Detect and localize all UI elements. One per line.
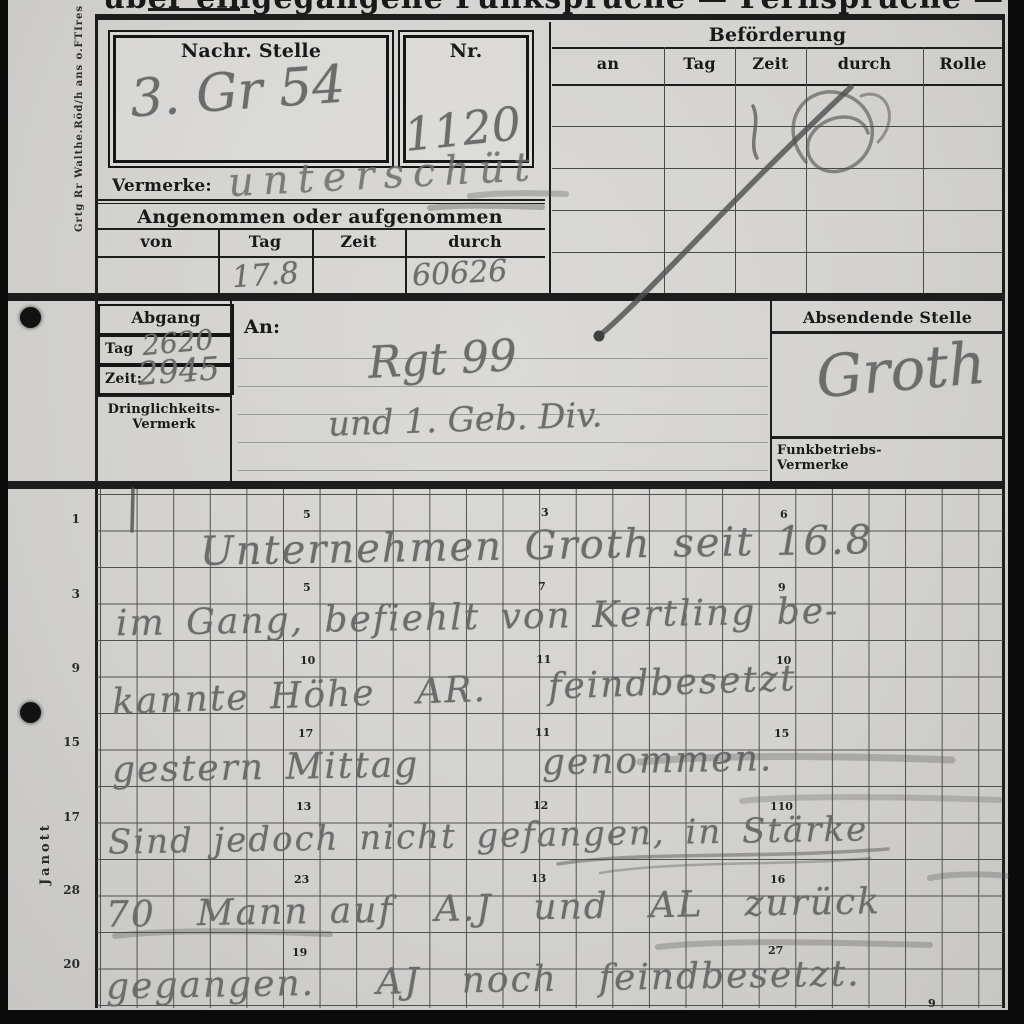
grid-cell-number: 11 bbox=[536, 653, 551, 666]
rule bbox=[405, 228, 407, 293]
printer-imprint: Grtg Rr Walthe.Röd/h ans o.FTIres bbox=[74, 5, 85, 232]
margin-line-number: 1 bbox=[58, 512, 80, 526]
vermerke-label: Vermerke: bbox=[112, 176, 212, 196]
scanned-form-page: Grtg Rr Walthe.Röd/h ans o.FTIres Janott… bbox=[0, 0, 1024, 1024]
accepted-header: Angenommen oder aufgenommen bbox=[95, 206, 545, 228]
abgang-header: Abgang bbox=[100, 308, 232, 327]
col-tag: Tag bbox=[664, 54, 735, 73]
grid-cell-number: 11 bbox=[535, 726, 550, 739]
rule bbox=[552, 84, 1003, 86]
margin-line-number: 17 bbox=[58, 810, 80, 824]
urgency-line2: Vermerk bbox=[98, 417, 230, 432]
accepted-tag-value: 17.8 bbox=[231, 256, 300, 296]
nr-box-label: Nr. bbox=[400, 40, 532, 62]
sender-note-line1: Funkbetriebs- bbox=[777, 443, 882, 458]
sender-note-line2: Vermerke bbox=[777, 458, 882, 473]
urgency-label: Dringlichkeits- Vermerk bbox=[98, 402, 230, 432]
frame-left bbox=[0, 0, 8, 1024]
rule bbox=[552, 168, 1003, 169]
grid-cell-number: 5 bbox=[303, 508, 311, 521]
station-box-label: Nachr. Stelle bbox=[110, 40, 392, 62]
grid-cell-number: 23 bbox=[294, 873, 309, 886]
col-durch: durch bbox=[806, 54, 923, 73]
an-value-line1: Rgt 99 bbox=[367, 330, 518, 389]
rule bbox=[95, 199, 545, 201]
punch-hole-top bbox=[20, 307, 41, 328]
grid-cell-number: 13 bbox=[531, 872, 546, 885]
grid-cell-number: 9 bbox=[928, 997, 936, 1010]
accepted-durch-value: 60626 bbox=[411, 254, 508, 294]
grid-cell-number: 13 bbox=[296, 800, 311, 813]
grid-cell-number: 7 bbox=[538, 580, 546, 593]
rule bbox=[806, 47, 807, 293]
margin-line-number: 3 bbox=[58, 587, 80, 601]
frame-bottom bbox=[0, 1010, 1024, 1024]
header-underline bbox=[148, 8, 240, 11]
urgency-line1: Dringlichkeits- bbox=[98, 402, 230, 417]
col-durch: durch bbox=[405, 232, 545, 251]
col-zeit: Zeit bbox=[312, 232, 405, 251]
rule bbox=[218, 228, 220, 293]
rule bbox=[735, 47, 736, 293]
frame-right bbox=[1008, 0, 1024, 1024]
rule bbox=[770, 301, 772, 481]
margin-line-number: 28 bbox=[58, 883, 80, 897]
grid-cell-number: 5 bbox=[303, 581, 311, 594]
rule bbox=[549, 22, 551, 293]
grid-cell-number: 3 bbox=[541, 506, 549, 519]
sender-header: Absendende Stelle bbox=[772, 308, 1003, 327]
befoerderung-header: Beförderung bbox=[552, 24, 1003, 46]
rule bbox=[772, 436, 1003, 439]
grid-cell-number: 19 bbox=[292, 946, 307, 959]
col-zeit: Zeit bbox=[735, 54, 806, 73]
rule bbox=[312, 228, 314, 293]
col-von: von bbox=[95, 232, 218, 251]
rule bbox=[98, 395, 232, 397]
rule bbox=[552, 47, 1003, 49]
janott-stamp: Janott bbox=[38, 755, 53, 885]
grid-cell-number: 15 bbox=[774, 727, 789, 740]
rule bbox=[95, 228, 545, 230]
section-divider-1 bbox=[8, 293, 1005, 301]
befoerderung-columns: an Tag Zeit durch Rolle bbox=[552, 54, 1003, 73]
punch-hole-bottom bbox=[20, 702, 41, 723]
grid-cell-number: 10 bbox=[300, 654, 315, 667]
grid-cell-number: 12 bbox=[533, 799, 548, 812]
rule bbox=[552, 252, 1003, 253]
margin-line-number: 20 bbox=[58, 957, 80, 971]
rule bbox=[664, 47, 665, 293]
col-tag: Tag bbox=[218, 232, 312, 251]
col-rolle: Rolle bbox=[923, 54, 1003, 73]
col-an: an bbox=[552, 54, 664, 73]
section-divider-2 bbox=[8, 481, 1005, 489]
margin-line-number: 15 bbox=[58, 735, 80, 749]
sender-notes: Funkbetriebs- Vermerke bbox=[777, 443, 882, 473]
top-rule bbox=[95, 14, 1005, 20]
abgang-zeit-value: 2945 bbox=[137, 349, 221, 393]
accepted-columns: von Tag Zeit durch bbox=[95, 232, 545, 251]
rule bbox=[552, 126, 1003, 127]
grid-cell-number: 17 bbox=[298, 727, 313, 740]
rule bbox=[923, 47, 924, 293]
margin-line-number: 9 bbox=[58, 661, 80, 675]
rule bbox=[552, 210, 1003, 211]
rule bbox=[95, 203, 545, 204]
